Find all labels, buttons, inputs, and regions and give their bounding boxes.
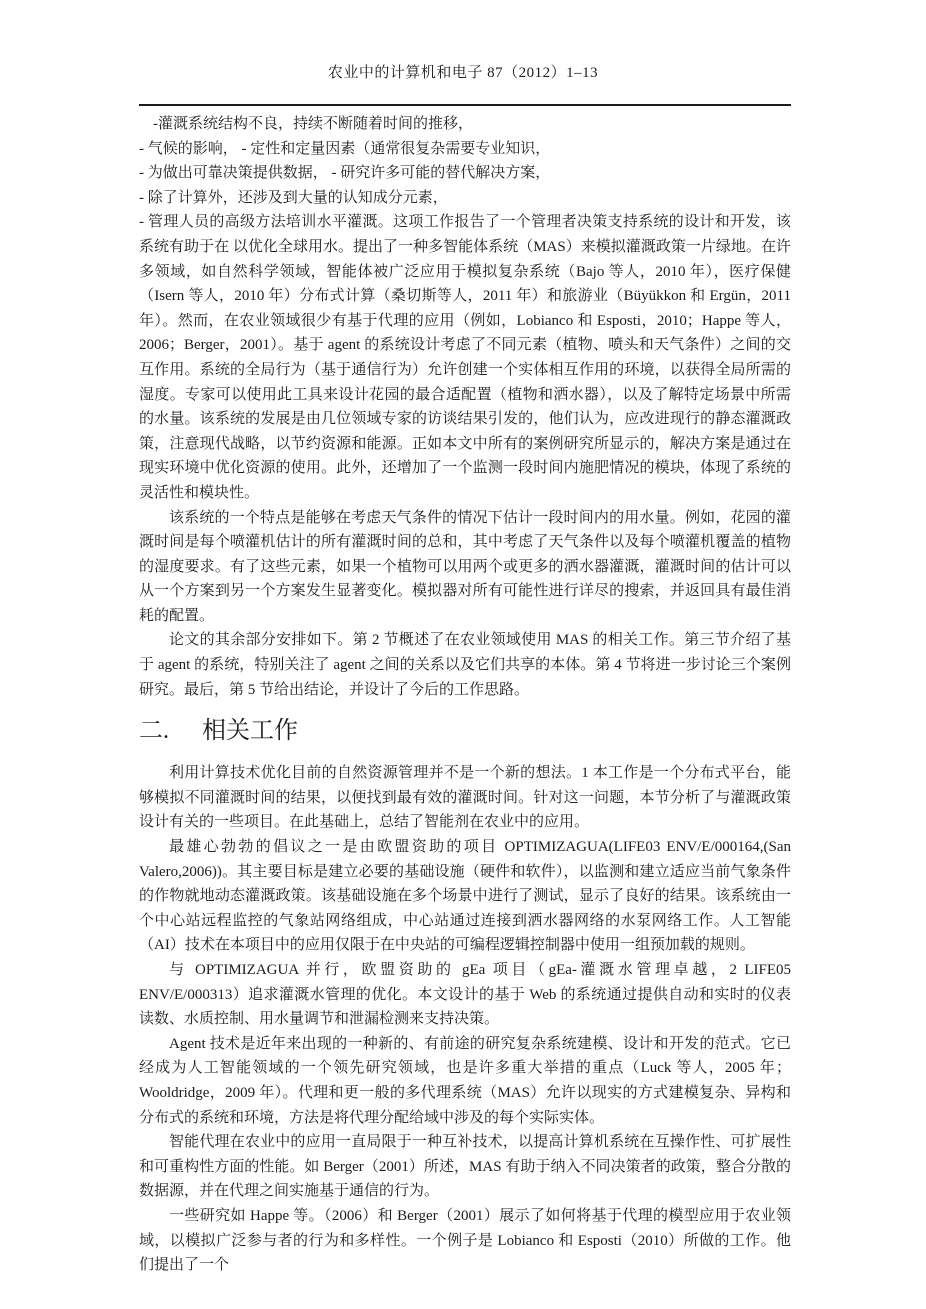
paragraph: - 管理人员的高级方法培训水平灌溉。这项工作报告了一个管理者决策支持系统的设计和… (139, 210, 791, 505)
section-heading: 二. 相关工作 (139, 715, 791, 747)
list-item: - 为做出可靠决策提供数据， - 研究许多可能的替代解决方案， (139, 161, 791, 186)
running-head: 农业中的计算机和电子 87（2012）1–13 (0, 61, 926, 82)
paragraph: Agent 技术是近年来出现的一种新的、有前途的研究复杂系统建模、设计和开发的范… (139, 1032, 791, 1130)
document-page: 农业中的计算机和电子 87（2012）1–13 -灌溉系统结构不良，持续不断随着… (0, 0, 926, 1309)
paragraph: 最雄心勃勃的倡议之一是由欧盟资助的项目 OPTIMIZAGUA(LIFE03 E… (139, 835, 791, 958)
section-number: 二. (139, 718, 169, 744)
paragraph: 与 OPTIMIZAGUA 并行，欧盟资助的 gEa 项目（gEa-灌溉水管理卓… (139, 958, 791, 1032)
section-title: 相关工作 (202, 718, 298, 744)
list-item: - 气候的影响， - 定性和定量因素（通常很复杂需要专业知识， (139, 137, 791, 162)
document-body: -灌溉系统结构不良，持续不断随着时间的推移， - 气候的影响， - 定性和定量因… (139, 112, 791, 1278)
list-item: -灌溉系统结构不良，持续不断随着时间的推移， (139, 112, 791, 137)
paragraph: 智能代理在农业中的应用一直局限于一种互补技术，以提高计算机系统在互操作性、可扩展… (139, 1130, 791, 1204)
paragraph: 该系统的一个特点是能够在考虑天气条件的情况下估计一段时间内的用水量。例如，花园的… (139, 506, 791, 629)
header-rule (139, 104, 791, 106)
paragraph: 论文的其余部分安排如下。第 2 节概述了在农业领域使用 MAS 的相关工作。第三… (139, 628, 791, 702)
list-item: - 除了计算外，还涉及到大量的认知成分元素， (139, 186, 791, 211)
paragraph: 利用计算技术优化目前的自然资源管理并不是一个新的想法。1 本工作是一个分布式平台… (139, 761, 791, 835)
paragraph: 一些研究如 Happe 等。（2006）和 Berger（2001）展示了如何将… (139, 1204, 791, 1278)
